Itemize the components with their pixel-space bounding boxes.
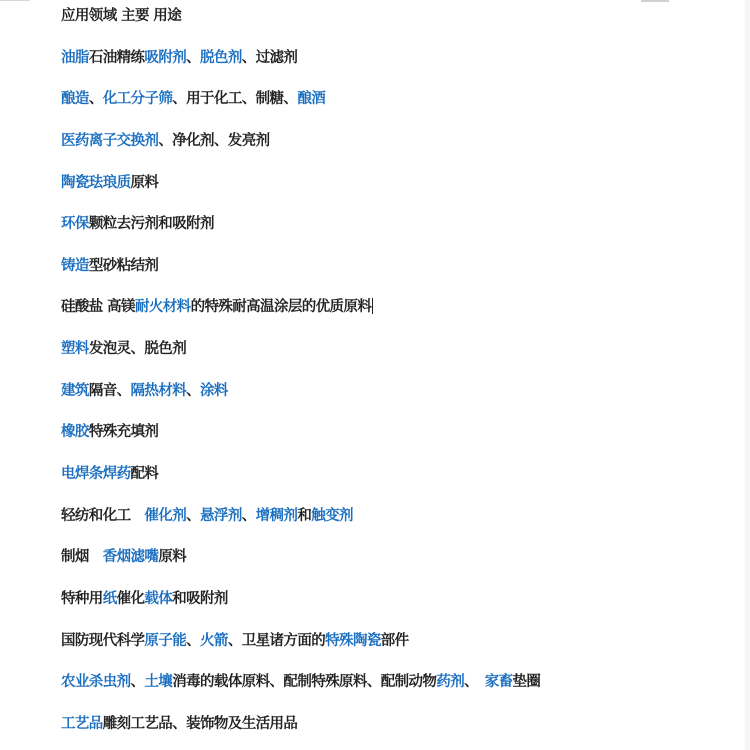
- text-line: 应用领域 主要 用途: [61, 5, 741, 47]
- keyword-link[interactable]: 特殊陶瓷: [325, 633, 381, 649]
- keyword-link[interactable]: 隔热材料: [131, 383, 187, 399]
- plain-text: 、: [186, 50, 200, 66]
- text-line: 制烟 香烟滤嘴原料: [61, 546, 741, 588]
- right-edge-border: [745, 0, 750, 750]
- text-line: 特种用纸催化载体和吸附剂: [61, 588, 741, 630]
- plain-text: 、: [186, 383, 200, 399]
- keyword-link[interactable]: 纸: [103, 591, 117, 607]
- keyword-link[interactable]: 电焊条焊药: [61, 466, 131, 482]
- document-body[interactable]: 应用领域 主要 用途油脂石油精练吸附剂、脱色剂、过滤剂酿造、化工分子筛、用于化工…: [61, 5, 741, 750]
- keyword-link[interactable]: 农业杀虫剂: [61, 674, 131, 690]
- plain-text: 配料: [131, 466, 159, 482]
- text-line: 硅酸盐 高镁耐火材料的特殊耐高温涂层的优质原料: [61, 296, 741, 338]
- plain-text: 轻纺和化工: [61, 508, 144, 524]
- text-line: 塑料发泡灵、脱色剂: [61, 338, 741, 380]
- keyword-link[interactable]: 建筑: [61, 383, 89, 399]
- plain-text: 和: [297, 508, 311, 524]
- plain-text: 、过滤剂: [242, 50, 298, 66]
- keyword-link[interactable]: 火箭: [200, 633, 228, 649]
- plain-text: 应用领域 主要 用途: [61, 8, 181, 24]
- plain-text: 垫圈: [513, 674, 541, 690]
- plain-text: 部件: [381, 633, 409, 649]
- plain-text: 、: [131, 674, 145, 690]
- keyword-link[interactable]: 酿酒: [297, 91, 325, 107]
- keyword-link[interactable]: 吸附剂: [144, 50, 186, 66]
- plain-text: 发泡灵、脱色剂: [89, 341, 186, 357]
- keyword-link[interactable]: 催化剂: [144, 508, 186, 524]
- text-line: 环保颗粒去污剂和吸附剂: [61, 213, 741, 255]
- plain-text: 制烟: [61, 549, 103, 565]
- keyword-link[interactable]: 载体: [144, 591, 172, 607]
- keyword-link[interactable]: 增稠剂: [256, 508, 298, 524]
- keyword-link[interactable]: 塑料: [61, 341, 89, 357]
- plain-text: 、净化剂、发亮剂: [158, 133, 269, 149]
- top-border-left: [0, 0, 30, 1]
- text-line: 橡胶特殊充填剂: [61, 421, 741, 463]
- keyword-link[interactable]: 橡胶: [61, 424, 89, 440]
- plain-text: 硅酸盐 高镁: [61, 299, 135, 315]
- text-line: 建筑隔音、隔热材料、涂料: [61, 380, 741, 422]
- text-line: 电焊条焊药配料: [61, 463, 741, 505]
- keyword-link[interactable]: 环保: [61, 216, 89, 232]
- plain-text: 、: [186, 508, 200, 524]
- keyword-link[interactable]: 土壤: [144, 674, 172, 690]
- keyword-link[interactable]: 酿造: [61, 91, 89, 107]
- keyword-link[interactable]: 耐火材料: [135, 299, 191, 315]
- text-line: 国防现代科学原子能、火箭、卫星诸方面的特殊陶瓷部件: [61, 630, 741, 672]
- plain-text: 特种用: [61, 591, 103, 607]
- text-line: 酿造、化工分子筛、用于化工、制糖、酿酒: [61, 88, 741, 130]
- plain-text: 、: [242, 508, 256, 524]
- text-line: 铸造型砂粘结剂: [61, 255, 741, 297]
- keyword-link[interactable]: 触变剂: [311, 508, 353, 524]
- keyword-link[interactable]: 工艺品: [61, 716, 103, 732]
- keyword-link[interactable]: 铸造: [61, 258, 89, 274]
- text-line: 轻纺和化工 催化剂、悬浮剂、增稠剂和触变剂: [61, 505, 741, 547]
- plain-text: 原料: [131, 175, 159, 191]
- text-line: 陶瓷珐琅质原料: [61, 172, 741, 214]
- plain-text: 雕刻工艺品、装饰物及生活用品: [103, 716, 298, 732]
- plain-text: 、: [464, 674, 485, 690]
- plain-text: 国防现代科学: [61, 633, 144, 649]
- plain-text: 石油精练: [89, 50, 145, 66]
- plain-text: 颗粒去污剂和吸附剂: [89, 216, 214, 232]
- plain-text: 、卫星诸方面的: [228, 633, 325, 649]
- text-line: 医药离子交换剂、净化剂、发亮剂: [61, 130, 741, 172]
- keyword-link[interactable]: 原子能: [144, 633, 186, 649]
- keyword-link[interactable]: 陶瓷珐琅质: [61, 175, 131, 191]
- keyword-link[interactable]: 香烟滤嘴: [103, 549, 159, 565]
- plain-text: 消毒的载体原料、配制特殊原料、配制动物: [172, 674, 436, 690]
- text-line: 油脂石油精练吸附剂、脱色剂、过滤剂: [61, 47, 741, 89]
- plain-text: 、: [89, 91, 103, 107]
- plain-text: 、: [186, 633, 200, 649]
- keyword-link[interactable]: 医药离子交换剂: [61, 133, 158, 149]
- plain-text: 特殊充填剂: [89, 424, 159, 440]
- keyword-link[interactable]: 家畜: [485, 674, 513, 690]
- keyword-link[interactable]: 化工分子筛: [103, 91, 173, 107]
- keyword-link[interactable]: 药剂: [436, 674, 464, 690]
- top-border-right: [641, 0, 669, 2]
- text-line: 农业杀虫剂、土壤消毒的载体原料、配制特殊原料、配制动物药剂、 家畜垫圈: [61, 671, 741, 713]
- plain-text: 和吸附剂: [172, 591, 228, 607]
- plain-text: 的特殊耐高温涂层的优质原料: [191, 299, 372, 315]
- text-line: 工艺品雕刻工艺品、装饰物及生活用品: [61, 713, 741, 750]
- plain-text: 型砂粘结剂: [89, 258, 159, 274]
- keyword-link[interactable]: 油脂: [61, 50, 89, 66]
- keyword-link[interactable]: 悬浮剂: [200, 508, 242, 524]
- plain-text: 隔音、: [89, 383, 131, 399]
- keyword-link[interactable]: 脱色剂: [200, 50, 242, 66]
- plain-text: 原料: [158, 549, 186, 565]
- text-cursor: [372, 298, 373, 314]
- plain-text: 催化: [117, 591, 145, 607]
- keyword-link[interactable]: 涂料: [200, 383, 228, 399]
- plain-text: 、用于化工、制糖、: [172, 91, 297, 107]
